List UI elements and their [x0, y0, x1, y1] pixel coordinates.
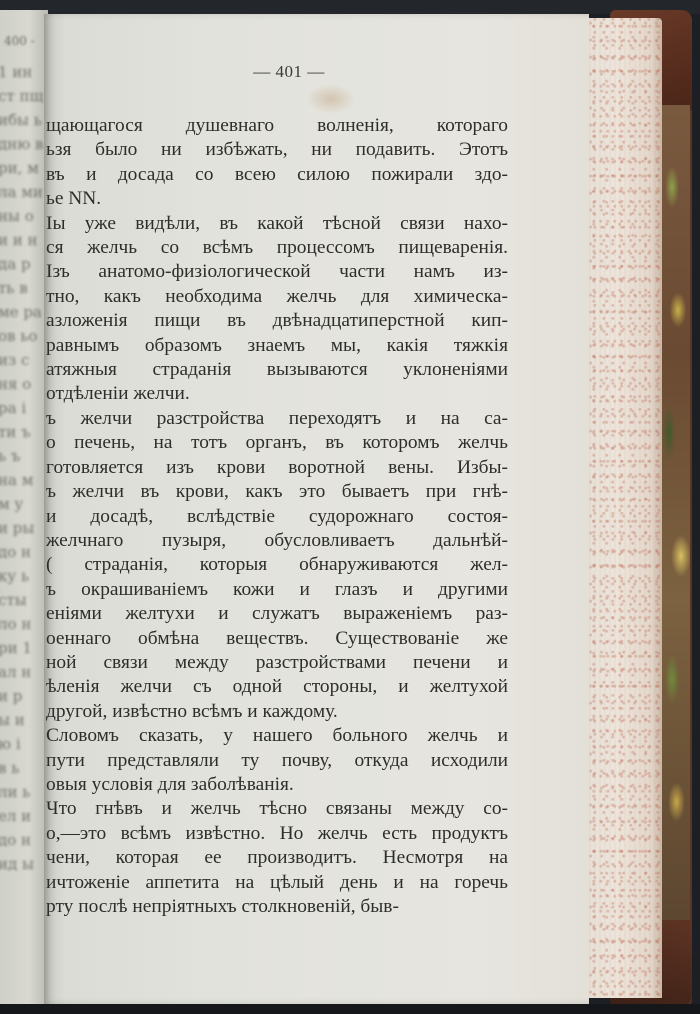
- left-page-number: 400 -: [4, 34, 35, 48]
- text-line: тно, какъ необходима желчь для химическа…: [46, 285, 508, 309]
- left-page-line-fragment: ю i: [0, 732, 48, 756]
- left-page-line-fragment: на м: [0, 468, 48, 492]
- left-page-line-fragment: ра i: [0, 396, 48, 420]
- text-line: въ и досада со всею силою пожирали здо-: [46, 163, 508, 187]
- left-page-line-fragment: ть в: [0, 276, 48, 300]
- left-page-line-fragment: ны о: [0, 204, 48, 228]
- page-body-text: щающагося душевнаго волненія, которагоьз…: [46, 114, 508, 919]
- text-line: отдѣленіи желчи.: [46, 382, 508, 406]
- text-line: рту послѣ непріятныхъ столкновеній, быв-: [46, 895, 508, 919]
- left-page-line-fragment: ел и: [0, 804, 48, 828]
- left-page-line-fragment: до н: [0, 828, 48, 852]
- text-line: ье NN.: [46, 187, 508, 211]
- paper-stain: [306, 84, 356, 114]
- text-line: еніями желтухи и служатъ выраженіемъ раз…: [46, 602, 508, 626]
- text-line: Что гнѣвъ и желчь тѣсно связаны между со…: [46, 797, 508, 821]
- text-line: ( страданія, которыя обнаруживаются жел-: [46, 553, 508, 577]
- background-bottom: [0, 1004, 700, 1014]
- book-photo-scene: 400 - 1 инст пщибы ьдню ври, мла мины ои…: [0, 0, 700, 1014]
- left-page-line-fragment: ме ра: [0, 300, 48, 324]
- left-page-line-fragment: ов ьо: [0, 324, 48, 348]
- text-line: равнымъ образомъ знаемъ мы, какія тяжкія: [46, 334, 508, 358]
- left-page-line-fragment: и и н: [0, 228, 48, 252]
- left-page-line-fragment: ид ы: [0, 852, 48, 876]
- text-line: готовляется изъ крови воротной вены. Изб…: [46, 456, 508, 480]
- text-line: ьзя было ни избѣжать, ни подавить. Этотъ: [46, 138, 508, 162]
- text-line: и досадѣ, вслѣдствіе судорожнаго состоя-: [46, 505, 508, 529]
- left-page-line-fragment: ри, м: [0, 156, 48, 180]
- left-page-line-fragment: до н: [0, 540, 48, 564]
- left-page-line-fragment: ибы ь: [0, 108, 48, 132]
- left-page-line-fragment: ла ми: [0, 180, 48, 204]
- text-line: пути представляли ту почву, откуда исход…: [46, 749, 508, 773]
- text-line: Iзъ анатомо-физіологической части намъ и…: [46, 260, 508, 284]
- text-line: ѣленія желчи съ одной стороны, и желтухо…: [46, 675, 508, 699]
- text-line: ся желчь со всѣмъ процессомъ пищеваренія…: [46, 236, 508, 260]
- left-page-line-fragment: ал н: [0, 660, 48, 684]
- text-line: о печень, на тотъ органъ, въ которомъ же…: [46, 431, 508, 455]
- right-page: — 401 — щающагося душевнаго волненія, ко…: [44, 14, 589, 1004]
- left-page-line-fragment: и ры: [0, 516, 48, 540]
- left-page-line-fragment: ку ь: [0, 564, 48, 588]
- text-line: щающагося душевнаго волненія, котораго: [46, 114, 508, 138]
- text-line: азложенія пищи въ двѣнадцатиперстной кип…: [46, 309, 508, 333]
- text-line: ъ желчи въ крови, какъ это бываетъ при г…: [46, 480, 508, 504]
- left-page-line-fragment: дню в: [0, 132, 48, 156]
- left-page-line-fragment: из с: [0, 348, 48, 372]
- left-page-line-fragment: сты: [0, 588, 48, 612]
- text-line: другой, извѣстно всѣмъ и каждому.: [46, 700, 508, 724]
- background-top: [0, 0, 700, 14]
- text-line: ичтоженіе аппетита на цѣлый день и на го…: [46, 871, 508, 895]
- left-page-line-fragment: ст пщ: [0, 84, 48, 108]
- left-page-line-fragment: м у: [0, 492, 48, 516]
- left-page-line-fragment: ри 1: [0, 636, 48, 660]
- left-page: 400 - 1 инст пщибы ьдню ври, мла мины ои…: [0, 10, 48, 1010]
- text-line: ъ окрашиваніемъ кожи и глазъ и другими: [46, 578, 508, 602]
- marbled-board: [660, 105, 690, 925]
- left-page-line-fragment: 1 ин: [0, 60, 48, 84]
- text-line: атяжныя страданія вызываются уклоненіями: [46, 358, 508, 382]
- left-page-line-fragment: ли ь: [0, 780, 48, 804]
- text-line: ной связи между разстройствами печени и: [46, 651, 508, 675]
- left-page-line-fragment: ы и: [0, 708, 48, 732]
- left-page-line-fragment: в ь: [0, 756, 48, 780]
- text-line: оеннаго обмѣна веществъ. Существованіе ж…: [46, 627, 508, 651]
- left-page-text: 1 инст пщибы ьдню ври, мла мины ои и нда…: [0, 60, 48, 876]
- left-page-line-fragment: ти ъ: [0, 420, 48, 444]
- left-page-line-fragment: ло н: [0, 612, 48, 636]
- text-line: чени, которая ее производитъ. Несмотря н…: [46, 846, 508, 870]
- text-line: Iы уже видѣли, въ какой тѣсной связи нах…: [46, 212, 508, 236]
- left-page-line-fragment: и р: [0, 684, 48, 708]
- text-line: о,—это всѣмъ извѣстно. Но желчь есть про…: [46, 822, 508, 846]
- text-line: ъ желчи разстройства переходятъ и на са-: [46, 407, 508, 431]
- left-page-line-fragment: ь ъ: [0, 444, 48, 468]
- left-page-line-fragment: ня о: [0, 372, 48, 396]
- page-stack-fore-edge: [584, 18, 662, 998]
- text-line: овыя условія для заболѣванія.: [46, 773, 508, 797]
- page-number: — 401 —: [44, 62, 534, 82]
- left-page-line-fragment: да р: [0, 252, 48, 276]
- text-line: желчнаго пузыря, обусловливаетъ дальнѣй-: [46, 529, 508, 553]
- text-line: Словомъ сказать, у нашего больного желчь…: [46, 724, 508, 748]
